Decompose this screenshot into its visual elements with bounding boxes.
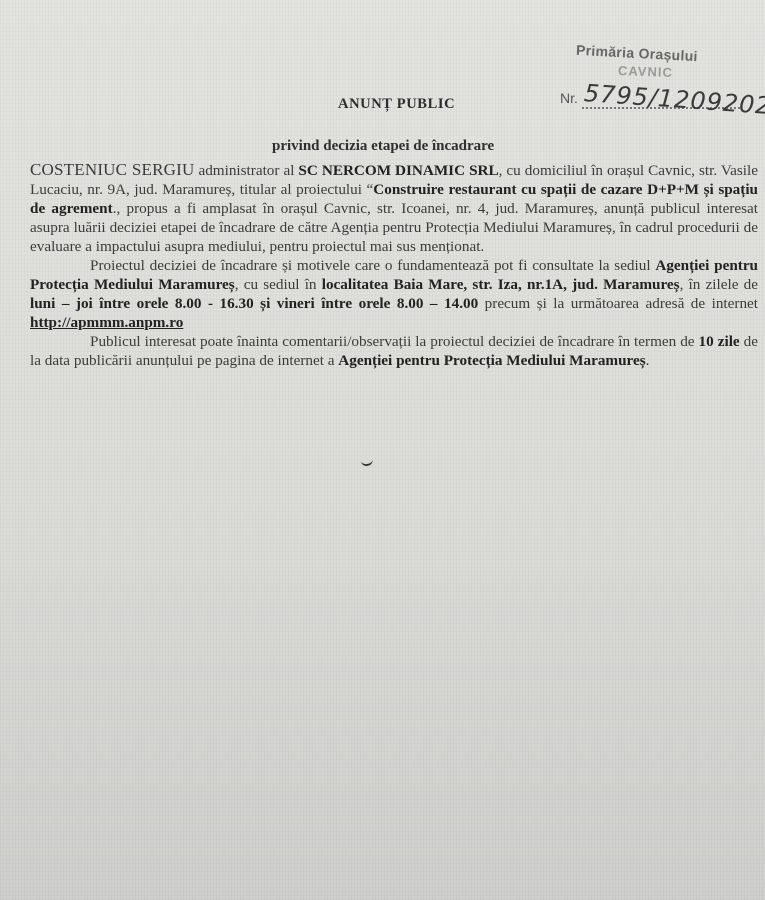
text: . bbox=[646, 352, 650, 369]
paragraph-applicant: COSTENIUC SERGIU administrator al SC NER… bbox=[30, 160, 758, 256]
scanned-document-page: Primăria Orașului CAVNIC Nr. 5795/120920… bbox=[0, 0, 765, 900]
document-title: ANUNȚ PUBLIC bbox=[338, 96, 455, 113]
text: , în zilele de bbox=[680, 276, 758, 293]
agency-name-2: Agenției pentru Protecția Mediului Maram… bbox=[338, 352, 645, 369]
stamp-registration-number: 5795/12092023 bbox=[583, 79, 765, 121]
text: , cu sediul în bbox=[235, 276, 322, 293]
office-hours: luni – joi între orele 8.00 - 16.30 și v… bbox=[30, 295, 478, 312]
agency-website-link[interactable]: http://apmmm.anpm.ro bbox=[30, 314, 183, 331]
paragraph-comments: Publicul interesat poate înainta comenta… bbox=[30, 332, 758, 370]
company-name: SC NERCOM DINAMIC SRL bbox=[298, 162, 498, 179]
text: administrator al bbox=[194, 162, 298, 179]
registration-stamp: Primăria Orașului CAVNIC Nr. 5795/120920… bbox=[560, 45, 760, 125]
text: Publicul interesat poate înainta comenta… bbox=[90, 333, 699, 350]
text: ., propus a fi amplasat în orașul Cavnic… bbox=[30, 200, 758, 255]
document-subtitle: privind decizia etapei de încadrare bbox=[272, 138, 494, 155]
stamp-town: CAVNIC bbox=[618, 63, 673, 80]
document-body: COSTENIUC SERGIU administrator al SC NER… bbox=[30, 160, 758, 370]
text: Proiectul deciziei de încadrare și motiv… bbox=[90, 257, 655, 274]
stamp-institution: Primăria Orașului bbox=[576, 42, 698, 64]
applicant-name: COSTENIUC SERGIU bbox=[30, 160, 194, 179]
pen-mark bbox=[361, 458, 374, 467]
agency-address: localitatea Baia Mare, str. Iza, nr.1A, … bbox=[322, 276, 680, 293]
paragraph-consultation: Proiectul deciziei de încadrare și motiv… bbox=[30, 256, 758, 332]
comment-term: 10 zile bbox=[699, 333, 740, 350]
stamp-nr-label: Nr. bbox=[560, 90, 578, 106]
text: precum și la următoarea adresă de intern… bbox=[478, 295, 758, 312]
